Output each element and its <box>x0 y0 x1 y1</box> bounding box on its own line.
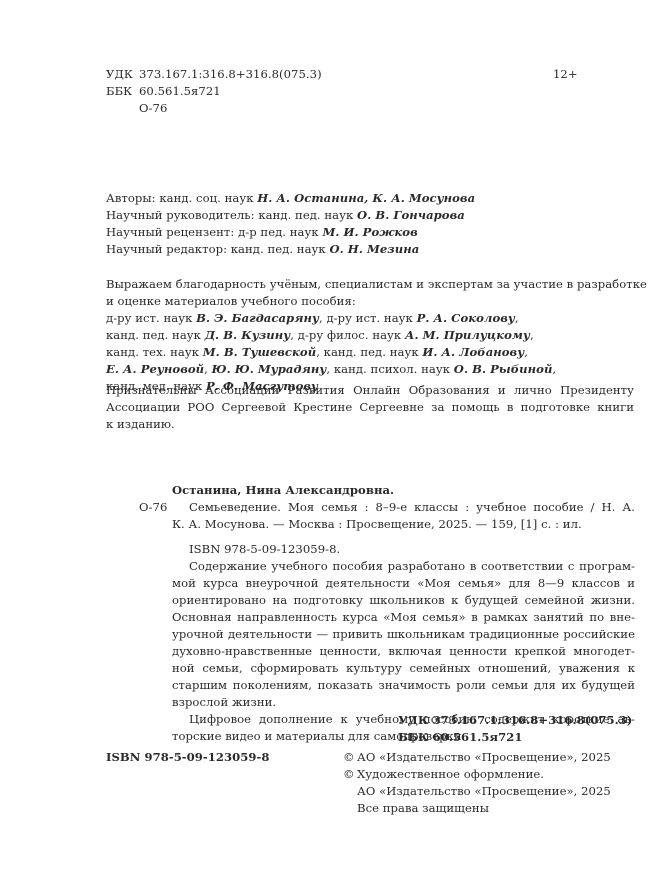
credit-reviewer: Научный рецензент: д-р пед. наук М. И. Р… <box>106 224 475 241</box>
person-name: Е. А. Реуновой <box>106 362 204 376</box>
person-name: В. Э. Багдасаряну <box>196 311 319 325</box>
bbk-value: 60.561.5я721 <box>139 84 221 98</box>
person-name: А. М. Прилуцкому <box>405 328 530 342</box>
credit-role: Научный рецензент: д-р пед. наук <box>106 225 322 239</box>
catalog-title-line: Семьеведение. Моя семья : 8–9-е классы :… <box>189 499 635 516</box>
abstract-line: Основная направленность курса «Моя семья… <box>172 609 635 626</box>
credit-names: М. И. Рожков <box>322 225 417 239</box>
credit-authors: Авторы: канд. соц. наук Н. А. Останина, … <box>106 190 475 207</box>
catalog-publication-line: К. А. Мосунова. — Москва : Просвещение, … <box>172 516 582 533</box>
bbk-label: ББК <box>106 83 139 100</box>
degree: , канд. пед. наук <box>316 345 422 359</box>
person-name: И. А. Лобанову <box>422 345 524 359</box>
punct: , <box>524 345 528 359</box>
degree: , д-ру филос. наук <box>290 328 405 342</box>
copyright-icon: © <box>343 766 357 783</box>
classification-block: УДК373.167.1:316.8+316.8(075.3) ББК60.56… <box>106 66 322 117</box>
abstract-line: ориентировано на подготовку школьников к… <box>172 592 635 609</box>
punct: , <box>552 362 556 376</box>
thanks-people-line: Е. А. Реуновой, Ю. Ю. Мурадяну, канд. пс… <box>106 361 634 378</box>
udk-label: УДК <box>106 66 139 83</box>
abstract-line: урочной деятельности — привить школьника… <box>172 626 635 643</box>
person-name: Д. В. Кузину <box>205 328 291 342</box>
thanks-people-line: канд. пед. наук Д. В. Кузину, д-ру филос… <box>106 327 634 344</box>
person-name: М. В. Тушевской <box>203 345 316 359</box>
ack-line: к изданию. <box>106 416 634 433</box>
thanks-people-line: канд. тех. наук М. В. Тушевской, канд. п… <box>106 344 634 361</box>
person-name: О. В. Рыбиной <box>454 362 553 376</box>
person-name: Р. А. Соколову <box>417 311 515 325</box>
catalog-code: О-76 <box>139 499 167 516</box>
abstract-line: ной семьи, сформировать культуру семейны… <box>172 660 635 677</box>
ack-line: Признательны Ассоциации Развития Онлайн … <box>106 382 634 399</box>
bottom-bbk: ББК 60.561.5я721 <box>398 729 632 746</box>
thanks-line: Выражаем благодарность учёным, специалис… <box>106 276 634 293</box>
degree: , канд. психол. наук <box>326 362 453 376</box>
copyright-page: УДК373.167.1:316.8+316.8(075.3) ББК60.56… <box>0 0 650 869</box>
copyright-line: ©АО «Издательство «Просвещение», 2025 <box>343 749 611 766</box>
udk-value: 373.167.1:316.8+316.8(075.3) <box>139 67 322 81</box>
credit-names: О. Н. Мезина <box>329 242 419 256</box>
abstract-line: взрослой жизни. <box>172 694 635 711</box>
degree: д-ру ист. наук <box>106 311 196 325</box>
age-rating: 12+ <box>553 66 578 83</box>
author-mark: О-76 <box>106 100 322 117</box>
rights-reserved: Все права защищены <box>343 800 611 817</box>
credit-names: О. В. Гончарова <box>357 208 465 222</box>
degree: , д-ру ист. наук <box>319 311 417 325</box>
catalog-author-heading: Останина, Нина Александровна. <box>172 482 394 499</box>
credits-block: Авторы: канд. соц. наук Н. А. Останина, … <box>106 190 475 258</box>
copyright-line: АО «Издательство «Просвещение», 2025 <box>343 783 611 800</box>
bottom-isbn: ISBN 978-5-09-123059-8 <box>106 749 269 766</box>
acknowledgment-paragraph: Признательны Ассоциации Развития Онлайн … <box>106 382 634 433</box>
catalog-isbn: ISBN 978-5-09-123059-8. <box>189 541 340 558</box>
credit-role: Авторы: канд. соц. наук <box>106 191 257 205</box>
copyright-line: ©Художественное оформление. <box>343 766 611 783</box>
thanks-block: Выражаем благодарность учёным, специалис… <box>106 276 634 395</box>
catalog-title: Семьеведение. Моя семья : 8–9-е классы :… <box>189 499 635 516</box>
bottom-udk: УДК 373.167.1:316.8+316.8(075.3) <box>398 712 632 729</box>
punct: , <box>530 328 534 342</box>
punct: , <box>515 311 519 325</box>
credit-supervisor: Научный руководитель: канд. пед. наук О.… <box>106 207 475 224</box>
credit-editor: Научный редактор: канд. пед. наук О. Н. … <box>106 241 475 258</box>
degree: , <box>204 362 211 376</box>
credit-role: Научный руководитель: канд. пед. наук <box>106 208 357 222</box>
thanks-line: и оценке материалов учебного пособия: <box>106 293 634 310</box>
copyright-icon: © <box>343 749 357 766</box>
abstract-line: старшим поколениям, показать значимость … <box>172 677 635 694</box>
credit-role: Научный редактор: канд. пед. наук <box>106 242 329 256</box>
copyright-text: Художественное оформление. <box>357 767 544 781</box>
copyright-block: ©АО «Издательство «Просвещение», 2025 ©Х… <box>343 749 611 817</box>
bbk-line: ББК60.561.5я721 <box>106 83 322 100</box>
abstract-line: духовно-нравственные ценности, включая ц… <box>172 643 635 660</box>
thanks-people-line: д-ру ист. наук В. Э. Багдасаряну, д-ру и… <box>106 310 634 327</box>
udk-line: УДК373.167.1:316.8+316.8(075.3) <box>106 66 322 83</box>
ack-line: Ассоциации РОО Сергеевой Крестине Сергее… <box>106 399 634 416</box>
abstract-line: Содержание учебного пособия разработано … <box>172 558 635 575</box>
bottom-classification: УДК 373.167.1:316.8+316.8(075.3) ББК 60.… <box>398 712 632 746</box>
degree: канд. пед. наук <box>106 328 205 342</box>
copyright-text: АО «Издательство «Просвещение», 2025 <box>357 750 611 764</box>
person-name: Ю. Ю. Мурадяну <box>212 362 327 376</box>
degree: канд. тех. наук <box>106 345 203 359</box>
abstract-line: мой курса внеурочной деятельности «Моя с… <box>172 575 635 592</box>
credit-names: Н. А. Останина, К. А. Мосунова <box>257 191 475 205</box>
